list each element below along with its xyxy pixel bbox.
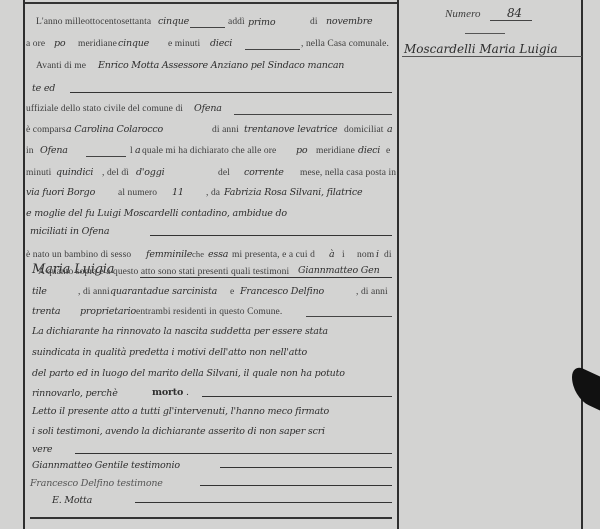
handwritten-declarant: a Carolina Colarocco bbox=[66, 124, 163, 135]
handwritten-text: po bbox=[296, 145, 307, 156]
ink-blot bbox=[572, 363, 600, 410]
handwritten-text: del parto ed in luogo del marito della S… bbox=[32, 368, 345, 379]
printed-text: è compars bbox=[26, 125, 66, 135]
handwritten-text: cinque bbox=[118, 38, 149, 49]
handwritten-text: rinnovarlo, perchè bbox=[32, 388, 118, 399]
printed-text: i bbox=[342, 250, 345, 260]
handwritten-text: a bbox=[387, 124, 392, 135]
signature-officer: E. Motta bbox=[52, 495, 92, 506]
handwritten-text: te ed bbox=[32, 83, 55, 94]
handwritten-text: miciliati in Ofena bbox=[30, 226, 109, 237]
printed-text: in bbox=[26, 146, 34, 156]
handwritten-year: cinque bbox=[158, 16, 189, 27]
printed-text: addì bbox=[228, 17, 245, 27]
handwritten-text: essa bbox=[208, 249, 228, 260]
printed-text: a ore bbox=[26, 39, 45, 49]
printed-text: minuti bbox=[26, 168, 51, 178]
handwritten-sex: femminile bbox=[146, 249, 192, 260]
handwritten-text: Letto il presente atto a tutti gl'interv… bbox=[32, 406, 329, 417]
printed-text: di anni bbox=[212, 125, 239, 135]
handwritten-text: Enrico Motta Assessore Anziano pel Sinda… bbox=[98, 60, 344, 71]
printed-text: Avanti di me bbox=[36, 61, 86, 71]
handwritten-witness-2: Francesco Delfino bbox=[240, 286, 324, 297]
printed-text: l bbox=[130, 146, 133, 156]
blank-line bbox=[75, 453, 392, 454]
handwritten-text: a bbox=[135, 145, 140, 156]
blank-line bbox=[220, 467, 392, 468]
printed-text: di bbox=[310, 17, 318, 27]
blank-line bbox=[135, 502, 392, 503]
blank-line bbox=[190, 27, 225, 28]
handwritten-house-number: 11 bbox=[172, 187, 184, 198]
handwritten-text: quindici bbox=[56, 167, 93, 178]
handwritten-witness-1: Giannmatteo Gen bbox=[298, 265, 380, 276]
blank-line bbox=[140, 277, 392, 278]
handwritten-comune: Ofena bbox=[194, 103, 222, 114]
numero-underline bbox=[490, 20, 532, 21]
handwritten-text: e moglie del fu Luigi Moscardelli contad… bbox=[26, 208, 287, 219]
printed-text: è nato un bambino di sesso bbox=[26, 250, 131, 260]
blank-line bbox=[306, 316, 392, 317]
numero-label: Numero bbox=[445, 8, 481, 20]
blank-line bbox=[200, 485, 392, 486]
printed-text-witnesses: A quanto sopra e a questo atto sono stat… bbox=[38, 267, 289, 277]
printed-text: di bbox=[384, 250, 392, 260]
handwritten-age-profession: trentanove levatrice bbox=[244, 124, 337, 135]
signature-witness-2: Francesco Delfino testimone bbox=[30, 478, 163, 489]
handwritten-text: tile bbox=[32, 286, 47, 297]
handwritten-text: vere bbox=[32, 444, 52, 455]
printed-text: al numero bbox=[118, 188, 157, 198]
handwritten-text: Ofena bbox=[40, 145, 68, 156]
printed-text: meridiane bbox=[78, 39, 117, 49]
printed-text: e bbox=[386, 146, 390, 156]
printed-text: meridiane bbox=[316, 146, 355, 156]
handwritten-day: primo bbox=[248, 17, 275, 28]
printed-text: mi presenta, e a cui d bbox=[232, 250, 315, 260]
handwritten-text: proprietario bbox=[80, 306, 136, 317]
printed-text: , del dì bbox=[102, 168, 129, 178]
blank-line bbox=[245, 49, 300, 50]
handwritten-text: po bbox=[54, 38, 65, 49]
printed-text: e bbox=[230, 287, 234, 297]
handwritten-mother: Fabrizia Rosa Silvani, filatrice bbox=[224, 187, 362, 198]
blank-line bbox=[150, 235, 392, 236]
handwritten-text: i soli testimoni, avendo la dichiarante … bbox=[32, 426, 325, 437]
printed-text: L'anno milleottocentosettanta bbox=[36, 17, 151, 27]
blank-line bbox=[86, 156, 126, 157]
printed-text: domiciliat bbox=[344, 125, 384, 135]
margin-subject-name: Moscardelli Maria Luigia bbox=[404, 42, 558, 56]
numero-value: 84 bbox=[507, 6, 522, 20]
handwritten-text: à bbox=[329, 249, 334, 260]
printed-text: del bbox=[218, 168, 230, 178]
printed-text: , di anni bbox=[356, 287, 388, 297]
handwritten-text: quarantadue sarcinista bbox=[110, 286, 217, 297]
handwritten-text: . bbox=[186, 387, 189, 398]
printed-text: entrambi residenti in questo Comune. bbox=[136, 307, 282, 317]
signature-witness-1: Giannmatteo Gentile testimonio bbox=[32, 460, 180, 471]
blank-line bbox=[70, 92, 392, 93]
left-border-line bbox=[23, 0, 25, 529]
column-divider-line bbox=[397, 0, 399, 529]
margin-flourish bbox=[465, 33, 505, 34]
printed-text: , di anni bbox=[78, 287, 110, 297]
right-border-line bbox=[581, 0, 583, 529]
handwritten-text: dieci bbox=[210, 38, 232, 49]
top-rule bbox=[25, 2, 397, 4]
handwritten-text: trenta bbox=[32, 306, 60, 317]
handwritten-address: via fuori Borgo bbox=[26, 187, 95, 198]
handwritten-text: La dichiarante ha rinnovato la nascita s… bbox=[32, 326, 328, 337]
handwritten-text: i bbox=[376, 249, 379, 260]
printed-text: quale mi ha dichiarato che alle ore bbox=[142, 146, 276, 156]
handwritten-text: suindicata in qualità predetta i motivi … bbox=[32, 347, 307, 358]
printed-text: e minuti bbox=[168, 39, 200, 49]
printed-text: nom bbox=[357, 250, 374, 260]
margin-name-underline bbox=[402, 56, 582, 57]
handwritten-text: d'oggi bbox=[136, 167, 164, 178]
handwritten-text: morto bbox=[152, 387, 183, 398]
handwritten-text: dieci bbox=[358, 145, 380, 156]
printed-text: , nella Casa comunale. bbox=[301, 39, 389, 49]
printed-text: che bbox=[192, 249, 204, 259]
bottom-rule bbox=[30, 517, 392, 519]
printed-text: uffiziale dello stato civile del comune … bbox=[26, 104, 183, 114]
printed-text: , da bbox=[206, 188, 220, 198]
handwritten-text: corrente bbox=[244, 167, 284, 178]
handwritten-month: novembre bbox=[326, 16, 372, 27]
blank-line bbox=[234, 114, 392, 115]
printed-text: mese, nella casa posta in bbox=[300, 168, 396, 178]
blank-line bbox=[202, 396, 392, 397]
register-page: Numero 84 Moscardelli Maria Luigia L'ann… bbox=[0, 0, 600, 529]
